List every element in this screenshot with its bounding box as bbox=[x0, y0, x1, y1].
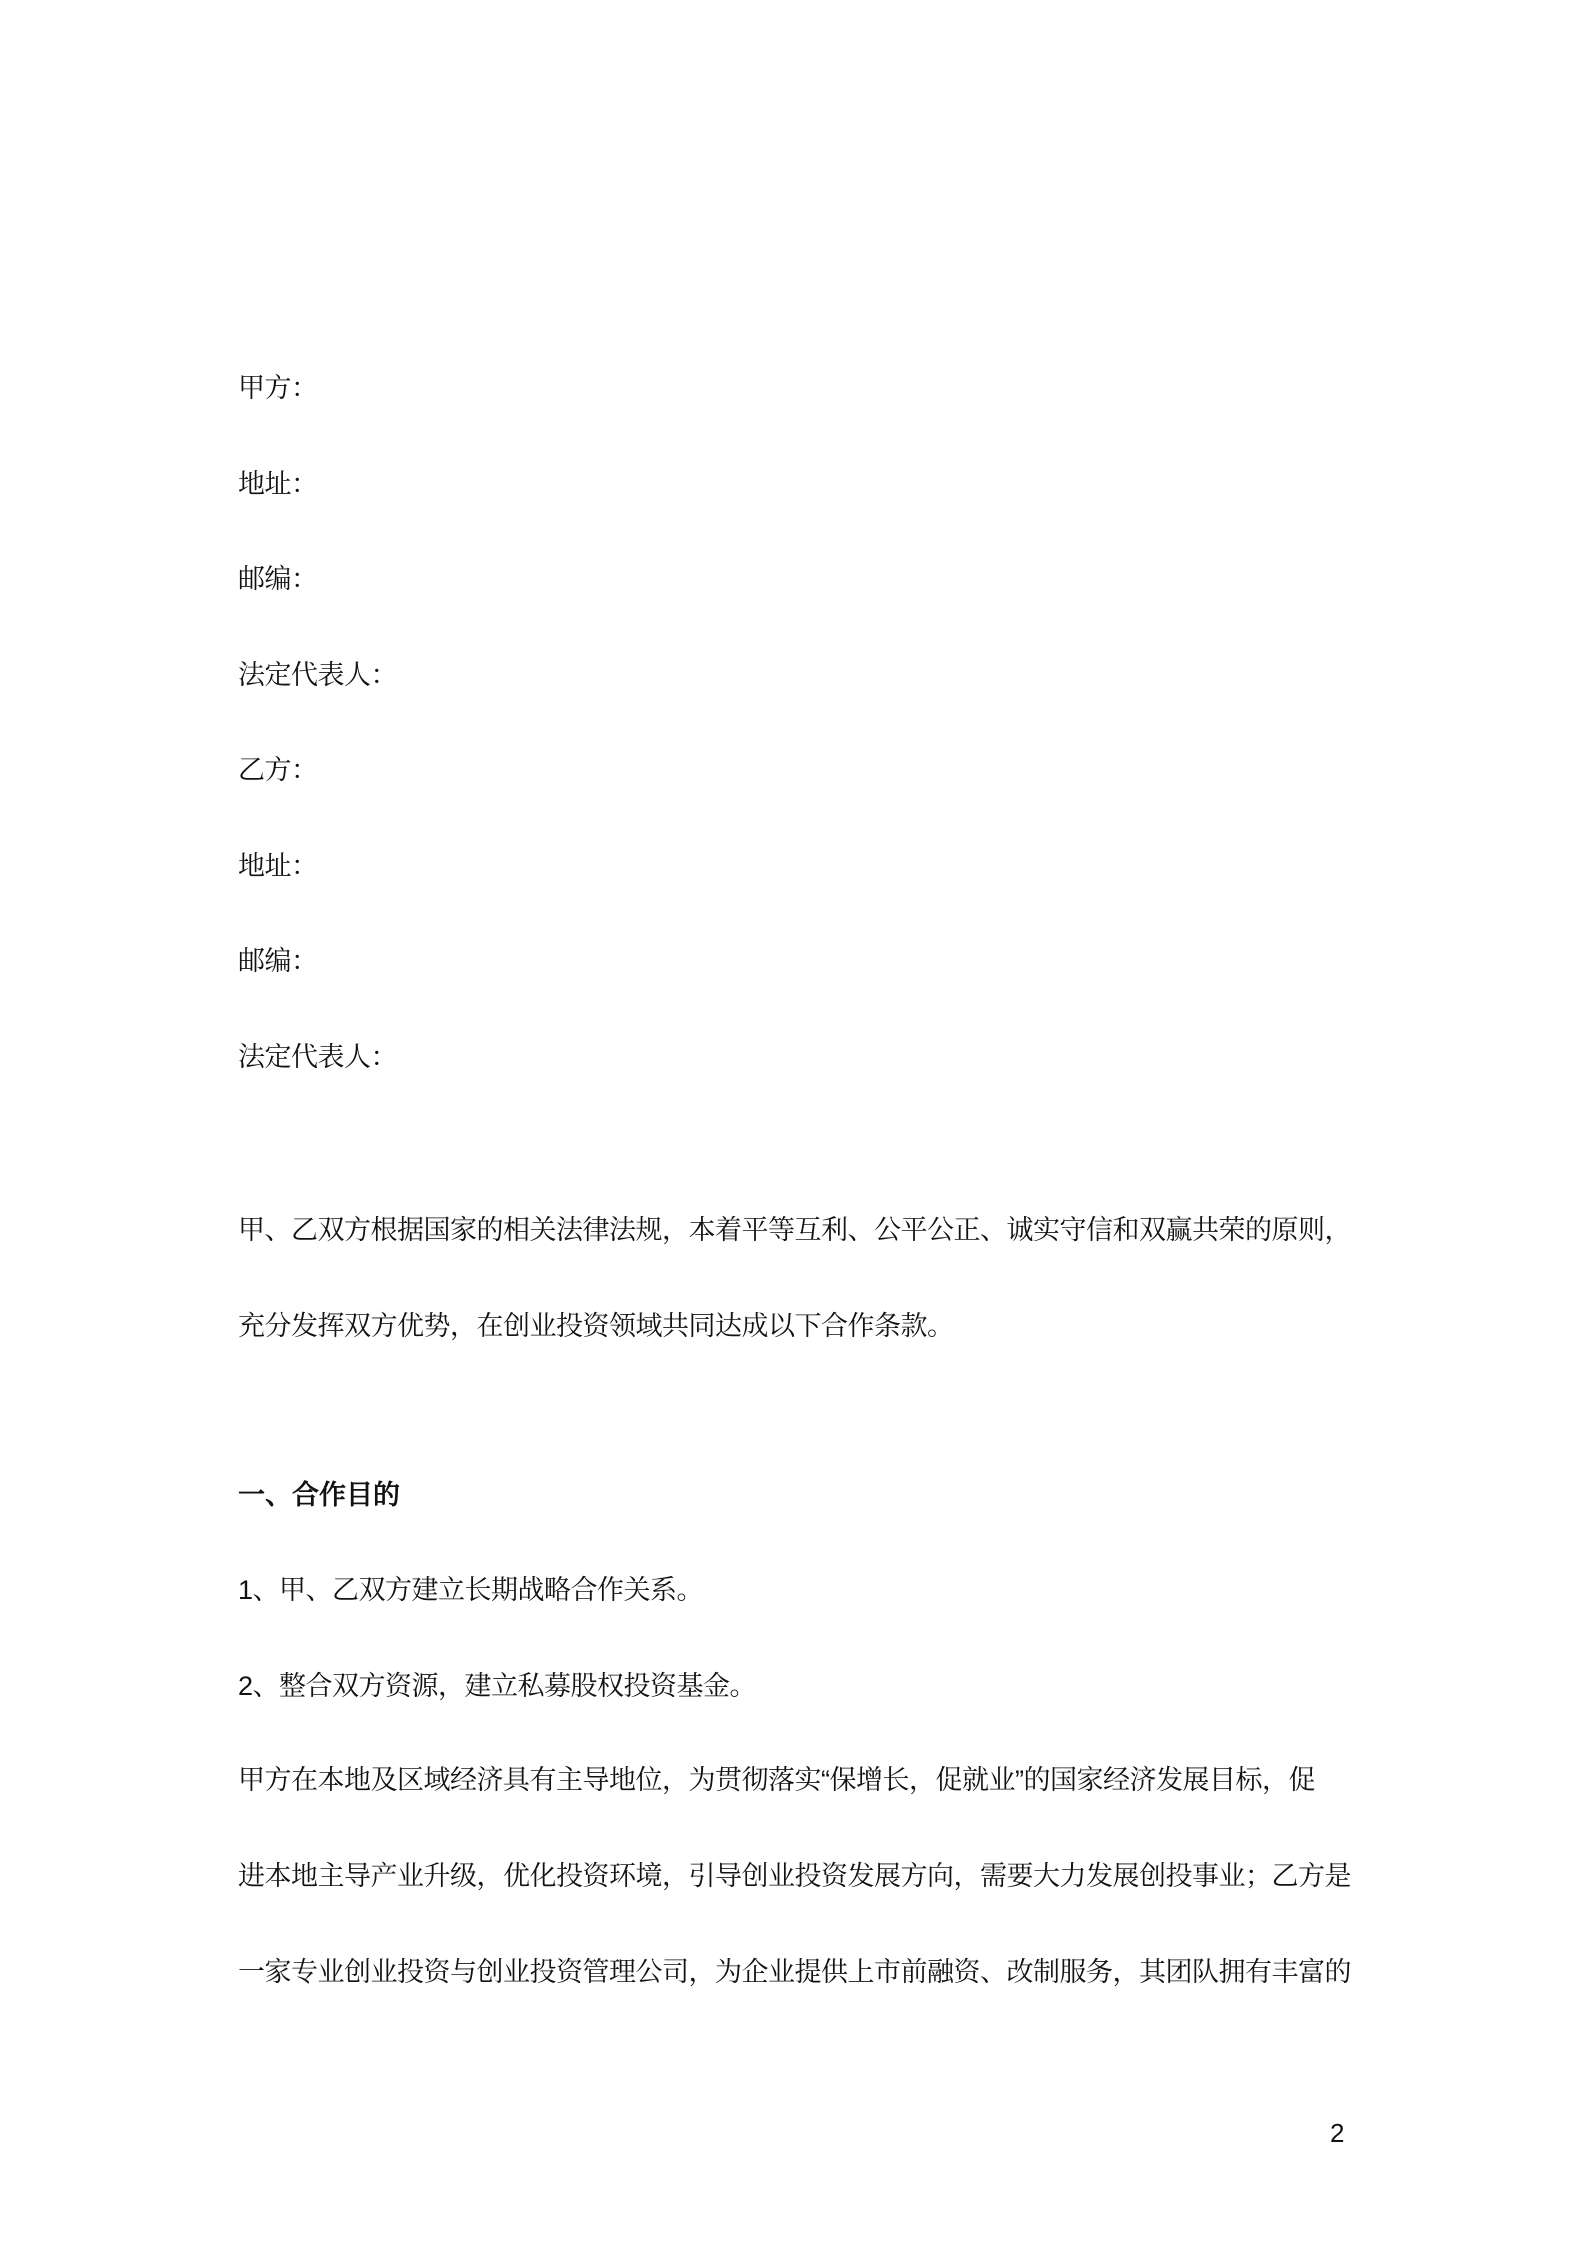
party-a-address-label: 地址： bbox=[238, 467, 318, 501]
preamble-line-1: 甲、乙双方根据国家的相关法律法规，本着平等互利、公平公正、诚实守信和双赢共荣的原… bbox=[238, 1213, 1351, 1247]
section-item-1: 1、甲、乙双方建立长期战略合作关系。 bbox=[238, 1573, 703, 1607]
party-a-label: 甲方： bbox=[238, 371, 318, 405]
body-paragraph-line-1: 甲方在本地及区域经济具有主导地位，为贯彻落实“保增长，促就业”的国家经济发展目标… bbox=[238, 1763, 1315, 1797]
body-paragraph-line-2: 进本地主导产业升级，优化投资环境，引导创业投资发展方向，需要大力发展创投事业；乙… bbox=[238, 1859, 1351, 1893]
section-item-2: 2、整合双方资源，建立私募股权投资基金。 bbox=[238, 1669, 756, 1703]
party-a-zipcode-label: 邮编： bbox=[238, 562, 318, 596]
page-number: 2 bbox=[1330, 2118, 1344, 2149]
party-b-zipcode-label: 邮编： bbox=[238, 944, 318, 978]
body-paragraph-line-3: 一家专业创业投资与创业投资管理公司，为企业提供上市前融资、改制服务，其团队拥有丰… bbox=[238, 1955, 1351, 1989]
party-b-address-label: 地址： bbox=[238, 849, 318, 883]
party-a-legal-representative-label: 法定代表人： bbox=[238, 658, 397, 692]
document-page: 甲方： 地址： 邮编： 法定代表人： 乙方： 地址： 邮编： 法定代表人： 甲、… bbox=[0, 0, 1586, 2244]
party-b-label: 乙方： bbox=[238, 753, 318, 787]
party-b-legal-representative-label: 法定代表人： bbox=[238, 1040, 397, 1074]
section-heading-cooperation-purpose: 一、合作目的 bbox=[238, 1478, 400, 1512]
preamble-line-2: 充分发挥双方优势，在创业投资领域共同达成以下合作条款。 bbox=[238, 1309, 954, 1343]
